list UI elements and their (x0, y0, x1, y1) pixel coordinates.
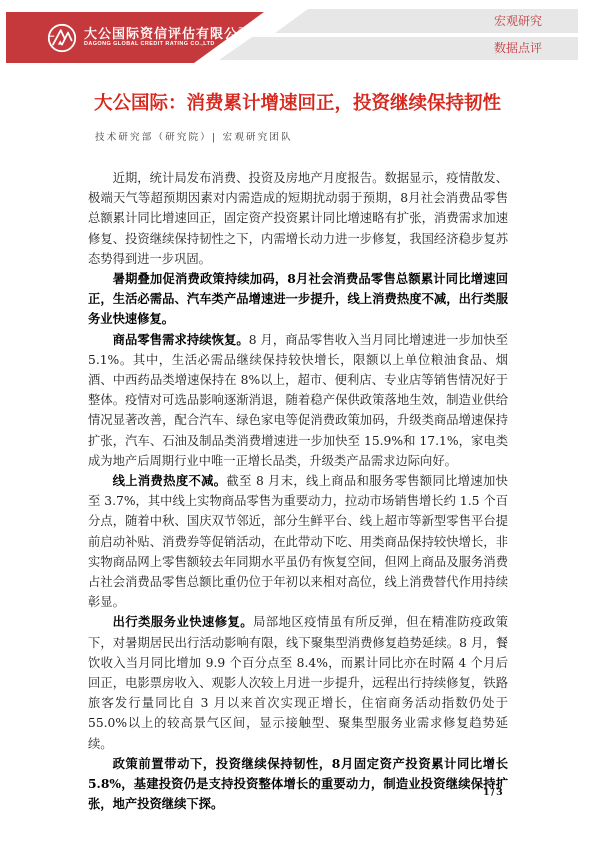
category-bar-secondary: 数据点评 (219, 37, 578, 60)
paragraph-1: 近期，统计局发布消费、投资及房地产月度报告。数据显示，疫情散发、极端天气等超预期… (88, 168, 508, 269)
paragraph-6: 政策前置带动下，投资继续保持韧性，8月固定资产投资累计同比增长 5.8%，基建投… (88, 754, 508, 815)
company-name-cn: 大公国际资信评估有限公司 (84, 23, 254, 42)
article: 大公国际：消费累计增速回正，投资继续保持韧性 技术研究部（研究院）| 宏观研究团… (88, 92, 508, 815)
paragraph-5-lead: 出行类服务业快速修复。 (113, 614, 253, 629)
paragraph-4-text: 截至 8 月末，线上商品和服务零售额同比增速加快至 3.7%，其中线上实物商品零… (88, 474, 508, 609)
brand-banner: 大公国际资信评估有限公司 DAGONG GLOBAL CREDIT RATING… (6, 12, 264, 63)
paragraph-5-text: 局部地区疫情虽有所反弹，但在精准防疫政策下，对暑期居民出行活动影响有限，线下聚集… (88, 615, 508, 750)
company-name-en: DAGONG GLOBAL CREDIT RATING CO.,LTD (84, 41, 259, 47)
page-title: 大公国际：消费累计增速回正，投资继续保持韧性 (94, 92, 508, 114)
paragraph-3-lead: 商品零售需求持续恢复。 (113, 332, 249, 347)
paragraph-5: 出行类服务业快速修复。局部地区疫情虽有所反弹，但在精准防疫政策下，对暑期居民出行… (88, 612, 508, 753)
report-page: { "header": { "company_name_cn": "大公国际资信… (0, 0, 595, 842)
paragraph-3: 商品零售需求持续恢复。8 月，商品零售收入当月同比增速进一步加快至 5.1%。其… (88, 330, 508, 471)
paragraph-2: 暑期叠加促消费政策持续加码，8月社会消费品零售总额累计同比增速回正，生活必需品、… (88, 269, 508, 330)
paragraph-3-text: 8 月，商品零售收入当月同比增速进一步加快至 5.1%。其中，生活必需品继续保持… (88, 333, 508, 468)
paragraph-1-text: 近期，统计局发布消费、投资及房地产月度报告。数据显示，疫情散发、极端天气等超预期… (88, 171, 508, 266)
paragraph-4-lead: 线上消费热度不减。 (113, 473, 227, 488)
category-primary-label: 宏观研究 (494, 9, 542, 33)
page-number: 1/3 (483, 787, 504, 798)
category-bar-primary: 宏观研究 (275, 9, 578, 33)
category-secondary-label: 数据点评 (494, 37, 542, 60)
paragraph-4: 线上消费热度不减。截至 8 月末，线上商品和服务零售额同比增速加快至 3.7%，… (88, 471, 508, 612)
paragraph-6-text: 政策前置带动下，投资继续保持韧性，8月固定资产投资累计同比增长 5.8%，基建投… (88, 756, 508, 811)
paragraph-2-text: 暑期叠加促消费政策持续加码，8月社会消费品零售总额累计同比增速回正，生活必需品、… (88, 271, 508, 326)
byline: 技术研究部（研究院）| 宏观研究团队 (95, 129, 508, 143)
article-body: 近期，统计局发布消费、投资及房地产月度报告。数据显示，疫情散发、极端天气等超预期… (88, 168, 508, 815)
company-logo-icon (47, 23, 77, 53)
